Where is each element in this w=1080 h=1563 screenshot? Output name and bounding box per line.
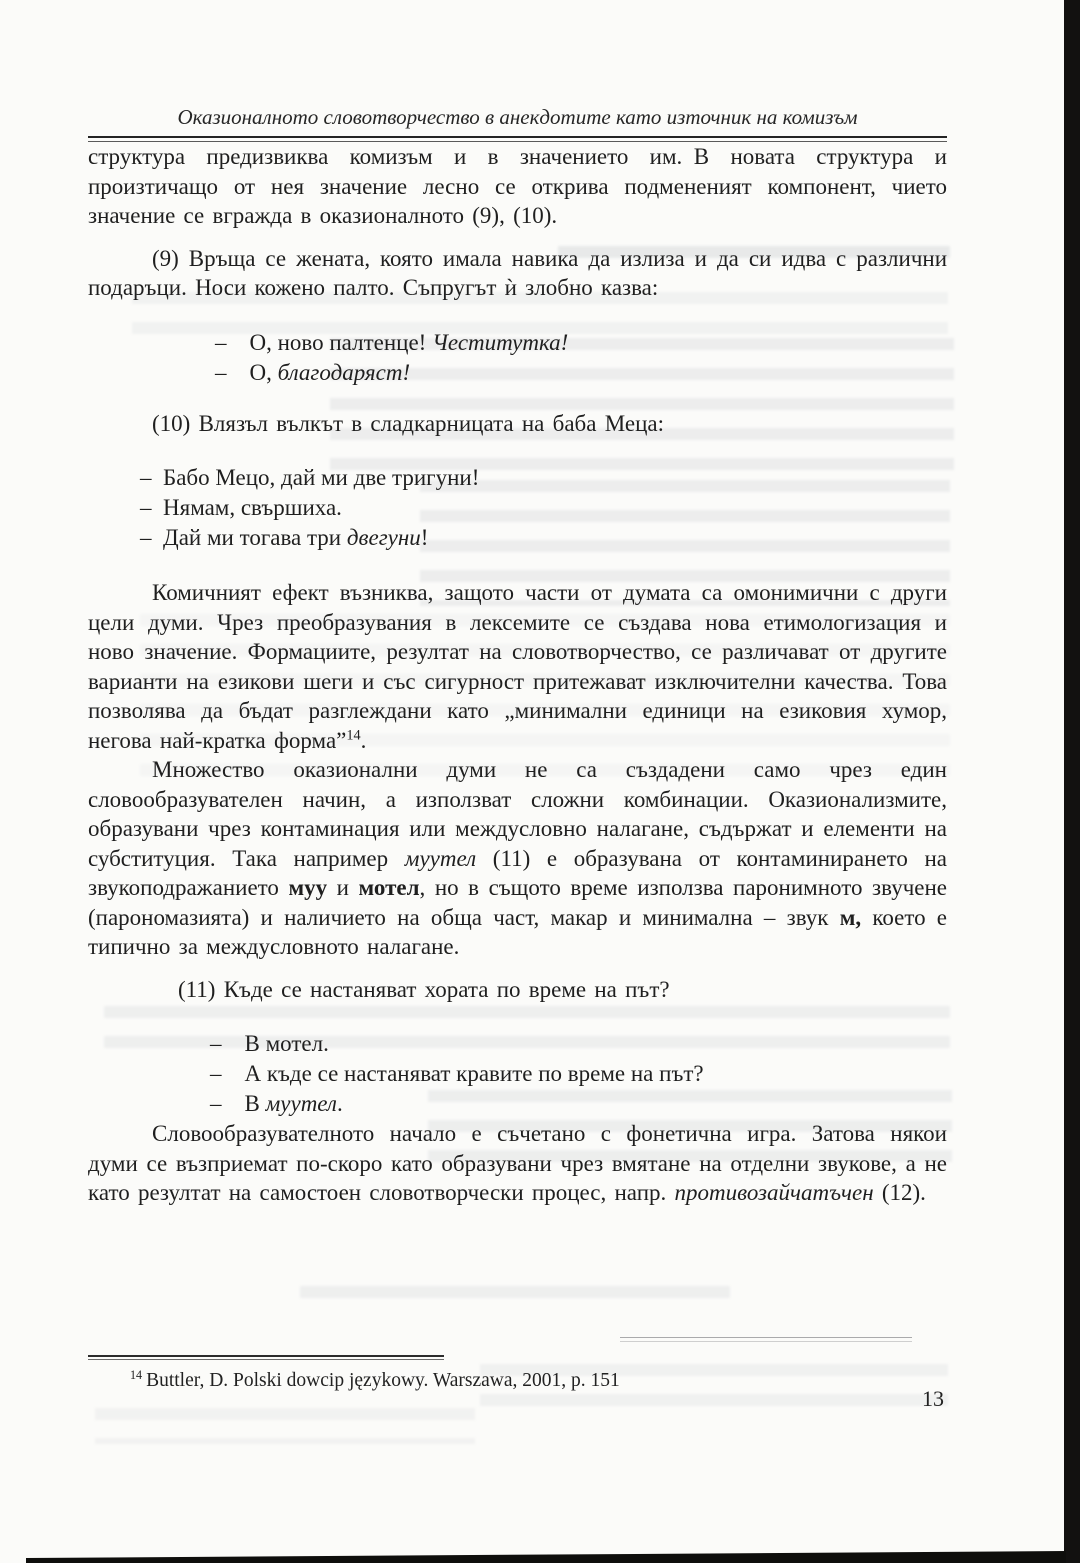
anecdote-11-intro: (11) Къде се настаняват хората по време … [88,975,947,1005]
text-segment: Честитутка! [432,330,568,355]
dialogue-line: – В мотел. [210,1029,947,1059]
page-number: 13 [922,1386,944,1412]
footnote-separator-rule [88,1355,444,1360]
page-body: структура предизвиква комизъм и в значен… [88,142,947,1208]
text-segment: – О, [215,360,278,385]
text-segment: (10) Влязъл вълкът в сладкарницата на ба… [152,411,664,436]
dialogue-line: – О, ново палтенце! Честитутка! [215,328,947,358]
text-segment: мотел [359,875,420,900]
text-segment: – А къде се настаняват кравите по време … [210,1061,704,1086]
footnote-marker: 14 [130,1368,142,1382]
dialogue-line: – Нямам, свършиха. [140,493,947,523]
text-segment: муутел [266,1091,337,1116]
bleed-through-rule [620,1337,912,1342]
paragraph: Комичният ефект възниква, защото части о… [88,578,947,755]
text-segment: – О, ново палтенце! [215,330,432,355]
text-segment: структура предизвиква комизъм и в значен… [88,144,947,228]
paragraph-continuation: структура предизвиква комизъм и в значен… [88,142,947,231]
text-segment: (12). [874,1180,926,1205]
text-segment: (11) Къде се настаняват хората по време … [178,977,670,1002]
text-segment: Комичният ефект възниква, защото части о… [88,580,947,753]
dialogue-line: – А къде се настаняват кравите по време … [210,1059,947,1089]
text-column: Оказионалното словотворчество в анекдоти… [88,0,947,1208]
text-segment: . [337,1091,343,1116]
text-segment: двегуни [347,525,421,550]
text-segment: муутел [405,846,476,871]
text-segment: благодаряст! [278,360,410,385]
text-segment: противозайчатъчен [675,1180,874,1205]
text-segment: м, [840,905,861,930]
footnote: 14Buttler, D. Polski dowcip językowy. Wa… [88,1369,948,1393]
bleed-through-artifact [95,1408,475,1444]
paragraph: Словообразувателното начало е съчетано с… [88,1119,947,1208]
text-segment: – В мотел. [210,1031,329,1056]
bleed-through-artifact [300,1286,730,1306]
running-header: Оказионалното словотворчество в анекдоти… [88,104,947,130]
scanned-document-page: Оказионалното словотворчество в анекдоти… [0,0,1080,1563]
footnote-block: 14Buttler, D. Polski dowcip językowy. Wa… [88,1355,948,1393]
dialogue-line: – В муутел. [210,1089,947,1119]
text-segment: муу [288,875,327,900]
text-segment: – Нямам, свършиха. [140,495,342,520]
text-segment: и [327,875,358,900]
paragraph: Множество оказионални думи не са създаде… [88,755,947,962]
anecdote-10-intro: (10) Влязъл вълкът в сладкарницата на ба… [88,409,947,439]
dialogue-line: – О, благодаряст! [215,358,947,388]
footnote-reference: 14 [346,727,360,743]
text-segment: . [361,728,367,753]
anecdote-9-intro: (9) Връща се жената, която имала навика … [88,244,947,303]
scan-edge-bottom [26,1550,1066,1563]
scan-edge-right [1064,0,1080,1563]
text-segment: ! [421,525,429,550]
text-segment: – Дай ми тогава три [140,525,347,550]
text-segment: – В [210,1091,266,1116]
dialogue-line: – Бабо Мецо, дай ми две тригуни! [140,463,947,493]
text-segment: (9) Връща се жената, която имала навика … [88,246,947,301]
footnote-citation: Buttler, D. Polski dowcip językowy. Wars… [146,1370,620,1391]
text-segment: – Бабо Мецо, дай ми две тригуни! [140,465,479,490]
dialogue-line: – Дай ми тогава три двегуни! [140,523,947,553]
